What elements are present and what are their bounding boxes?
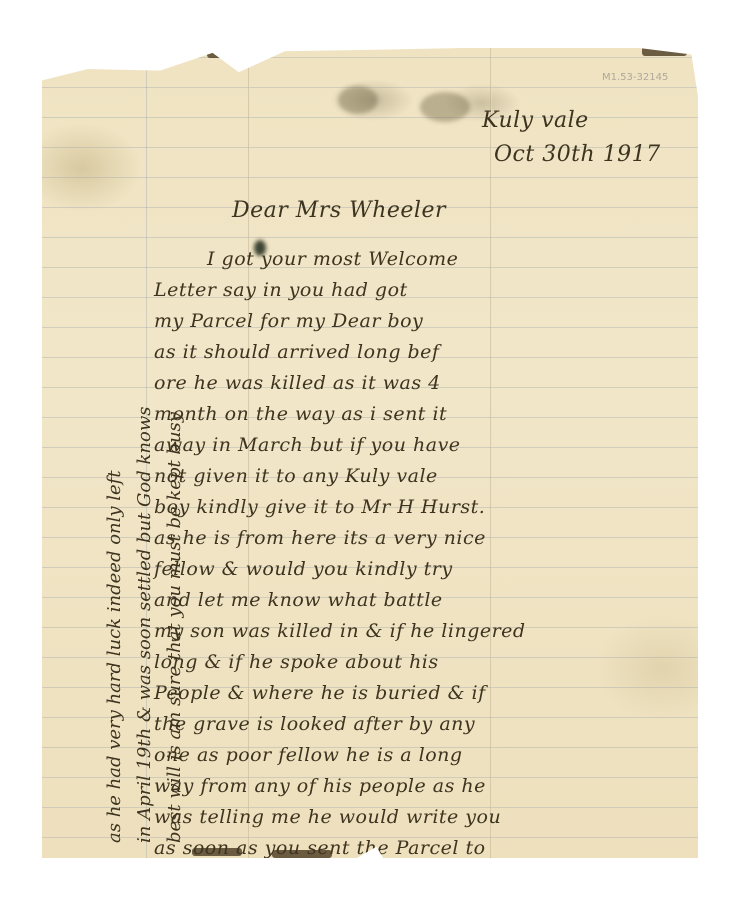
body-line: long & if he spoke about his (154, 651, 439, 673)
salutation: Dear Mrs Wheeler (232, 198, 446, 223)
water-stain (338, 86, 378, 114)
body-line: boy kindly give it to Mr H Hurst. (154, 496, 485, 518)
body-line: one as poor fellow he is a long (154, 744, 463, 766)
body-line: fellow & would you kindly try (154, 558, 453, 580)
letter-page: M1.53-32145 Kuly vale Oct 30th 1917 Dear… (42, 48, 698, 858)
body-line: month on the way as i sent it (154, 403, 447, 425)
body-line: Letter say in you had got (154, 279, 408, 301)
water-stain (420, 92, 470, 122)
body-line: the grave is looked after by any (154, 713, 475, 735)
body-line: People & where he is buried & if (154, 682, 486, 704)
margin-line: best will is am sure that you must be ke… (160, 73, 190, 843)
body-line: ore he was killed as it was 4 (154, 372, 441, 394)
margin-line: in April 19th & was soon settled but God… (130, 73, 160, 843)
body-line: my Parcel for my Dear boy (154, 310, 423, 332)
burn-mark (207, 50, 252, 58)
body-line: not given it to any Kuly vale (154, 465, 438, 487)
body-line: away in March but if you have (154, 434, 461, 456)
body-line: way from any of his people as he (154, 775, 486, 797)
body-line: my son was killed in & if he lingered (154, 620, 526, 642)
body-line: as soon as you sent the Parcel to (154, 837, 486, 859)
burn-mark (642, 46, 687, 56)
accession-number: M1.53-32145 (602, 72, 668, 83)
body-line: and let me know what battle (154, 589, 443, 611)
body-line: was telling me he would write you (154, 806, 501, 828)
body-line: as it should arrived long bef (154, 341, 439, 363)
margin-line: as he had very hard luck indeed only lef… (100, 73, 130, 843)
body-line: as he is from here its a very nice (154, 527, 486, 549)
letter-place: Kuly vale (482, 108, 589, 133)
letter-date: Oct 30th 1917 (494, 142, 661, 167)
body-line: I got your most Welcome (207, 248, 458, 270)
margin-note: as he had very hard luck indeed only lef… (100, 73, 190, 843)
fold-crease-right (490, 48, 492, 858)
